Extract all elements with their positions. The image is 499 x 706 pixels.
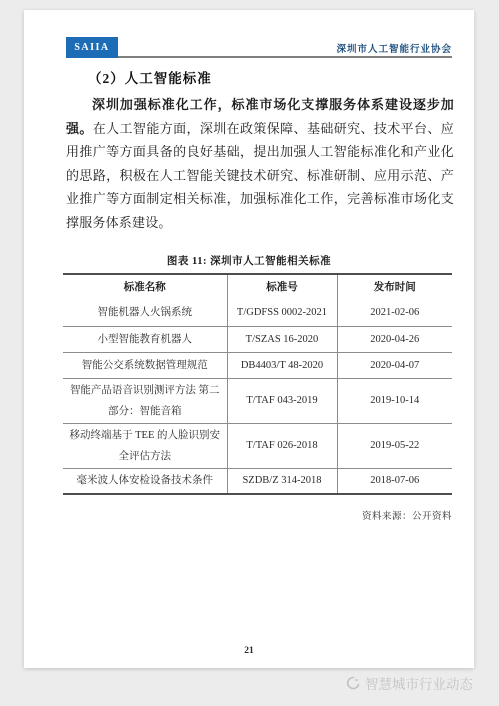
org-name-text: 深圳市人工智能行业协会 [336, 41, 452, 55]
cell-standard-number: DB4403/T 48-2020 [227, 352, 337, 378]
paragraph-rest: 在人工智能方面，深圳在政策保障、基础研究、技术平台、应用推广等方面具备的良好基础… [66, 121, 454, 230]
table-row: 智能产品语音识别测评方法 第二部分：智能音箱 T/TAF 043-2019 20… [63, 378, 452, 423]
table-row: 移动终端基于 TEE 的人脸识别安全评估方法 T/TAF 026-2018 20… [63, 423, 452, 468]
table-header-row: 标准名称 标准号 发布时间 [63, 274, 452, 300]
cell-publish-date: 2019-05-22 [337, 423, 452, 468]
screenshot-root: { "header": { "logo": "SAIIA", "org": "深… [0, 0, 499, 706]
cell-publish-date: 2018-07-06 [337, 468, 452, 494]
col-header-number: 标准号 [227, 274, 337, 300]
col-header-date: 发布时间 [337, 274, 452, 300]
cell-publish-date: 2021-02-06 [337, 300, 452, 326]
saiia-logo: SAIIA [66, 37, 118, 58]
source-note: 资料来源：公开资料 [362, 508, 452, 522]
section-heading: （2）人工智能标准 [88, 67, 212, 87]
cell-publish-date: 2020-04-26 [337, 326, 452, 352]
body-paragraph: 深圳加强标准化工作，标准市场化支撑服务体系建设逐步加强。在人工智能方面，深圳在政… [66, 93, 454, 234]
cell-publish-date: 2020-04-07 [337, 352, 452, 378]
page-number: 21 [24, 646, 474, 656]
cell-standard-name: 智能公交系统数据管理规范 [63, 352, 227, 378]
cell-standard-name: 移动终端基于 TEE 的人脸识别安全评估方法 [63, 423, 227, 468]
table-caption: 图表 11: 深圳市人工智能相关标准 [24, 253, 474, 268]
document-page: SAIIA 深圳市人工智能行业协会 （2）人工智能标准 深圳加强标准化工作，标准… [24, 10, 474, 668]
cell-standard-number: T/TAF 043-2019 [227, 378, 337, 423]
cell-standard-name: 智能产品语音识别测评方法 第二部分：智能音箱 [63, 378, 227, 423]
table-row: 小型智能教育机器人 T/SZAS 16-2020 2020-04-26 [63, 326, 452, 352]
footer-watermark: 智慧城市行业动态 [345, 673, 473, 693]
cell-standard-number: SZDB/Z 314-2018 [227, 468, 337, 494]
cell-standard-number: T/TAF 026-2018 [227, 423, 337, 468]
cell-standard-name: 小型智能教育机器人 [63, 326, 227, 352]
cell-standard-number: T/GDFSS 0002-2021 [227, 300, 337, 326]
cell-publish-date: 2019-10-14 [337, 378, 452, 423]
footer-watermark-text: 智慧城市行业动态 [365, 673, 473, 693]
page-header: SAIIA 深圳市人工智能行业协会 [66, 37, 452, 58]
footer-logo-icon [345, 675, 361, 691]
table-row: 智能机器人火锅系统 T/GDFSS 0002-2021 2021-02-06 [63, 300, 452, 326]
cell-standard-number: T/SZAS 16-2020 [227, 326, 337, 352]
cell-standard-name: 智能机器人火锅系统 [63, 300, 227, 326]
table-row: 智能公交系统数据管理规范 DB4403/T 48-2020 2020-04-07 [63, 352, 452, 378]
cell-standard-name: 毫米波人体安检设备技术条件 [63, 468, 227, 494]
col-header-name: 标准名称 [63, 274, 227, 300]
standards-table: 标准名称 标准号 发布时间 智能机器人火锅系统 T/GDFSS 0002-202… [63, 273, 452, 495]
table-row: 毫米波人体安检设备技术条件 SZDB/Z 314-2018 2018-07-06 [63, 468, 452, 494]
